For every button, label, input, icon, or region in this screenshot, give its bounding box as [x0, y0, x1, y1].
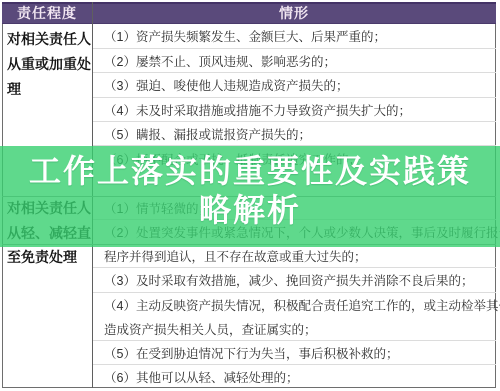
column-header-situation: 情形 — [92, 2, 496, 24]
situation-item: （6）其他可以从轻、减轻处理的； — [93, 365, 496, 388]
situation-item: （2）屡禁不止、顶风违规、影响恶劣的； — [93, 49, 496, 73]
row1-label-line2: 从重或加重处 — [7, 52, 91, 77]
row2-label-line3: 至免责处理 — [7, 245, 91, 269]
row1-label-line1: 对相关责任人 — [7, 27, 91, 52]
situation-item: （4）主动反映资产损失情况，积极配合责任追究工作的，或主动检举其他 — [93, 293, 496, 317]
situation-item: （1）资产损失频繁发生、金额巨大、后果严重的； — [93, 24, 496, 49]
banner-title-line2: 略解析 — [0, 191, 500, 230]
title-overlay-banner: 工作上落实的重要性及实践策 略解析 — [0, 146, 500, 247]
row1-label-line3: 理 — [7, 77, 91, 102]
row2-label-lower: 至免责处理 — [7, 245, 91, 269]
situation-item: （4）未及时采取措施或措施不力导致资产损失扩大的； — [93, 98, 496, 122]
row1-label: 对相关责任人 从重或加重处 理 — [7, 27, 91, 102]
situation-item: （5）在受到胁迫情况下行为失当，事后积极补救的； — [93, 341, 496, 365]
column-header-responsibility: 责任程度 — [2, 2, 92, 24]
screenshot-canvas: 责任程度 情形 对相关责任人 从重或加重处 理 （1）资产损失频繁发生、金额巨大… — [0, 0, 500, 391]
situation-item: （3）及时采取有效措施，减少、挽回资产损失并消除不良后果的； — [93, 268, 496, 293]
situation-item: 程序并得到追认，且不存在故意或重大过失的； — [93, 244, 496, 268]
situation-item: （3）强迫、唆使他人违规造成资产损失的； — [93, 73, 496, 98]
banner-title-line1: 工作上落实的重要性及实践策 — [0, 152, 500, 191]
situation-item: 造成资产损失相关人员，查证属实的； — [93, 317, 496, 341]
situation-item: （5）瞒报、漏报或谎报资产损失的； — [93, 122, 496, 146]
